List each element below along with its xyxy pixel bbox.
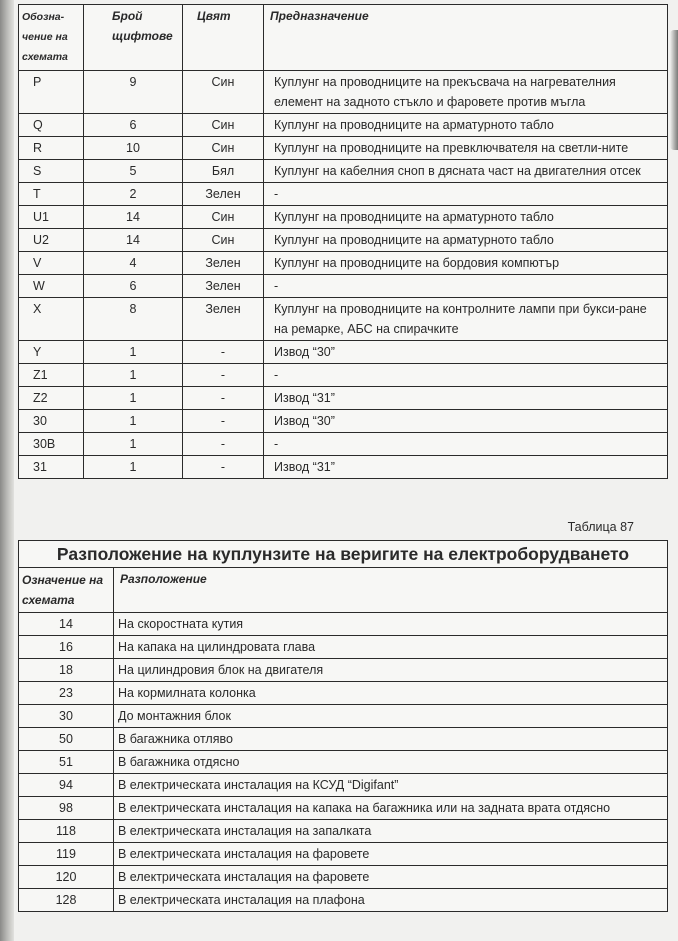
cell-color: Зелен xyxy=(183,275,264,298)
cell-location: В електрическата инсталация на фаровете xyxy=(114,843,668,866)
table-row: P9СинКуплунг на проводниците на прекъсва… xyxy=(19,71,668,114)
cell-designation: Q xyxy=(19,114,84,137)
cell-location: На цилиндровия блок на двигателя xyxy=(114,659,668,682)
header-line: Означение на xyxy=(22,570,110,590)
cell-pins: 1 xyxy=(84,410,183,433)
cell-pins: 9 xyxy=(84,71,183,114)
table-row: 301-Извод “30” xyxy=(19,410,668,433)
cell-designation: 98 xyxy=(19,797,114,820)
table-row: 51В багажника отдясно xyxy=(19,751,668,774)
cell-pins: 5 xyxy=(84,160,183,183)
cell-designation: V xyxy=(19,252,84,275)
table-row: Y1-Извод “30” xyxy=(19,341,668,364)
cell-color: - xyxy=(183,456,264,479)
cell-designation: Z2 xyxy=(19,387,84,410)
cell-purpose: Куплунг на проводниците на превключвател… xyxy=(264,137,668,160)
cell-purpose: Куплунг на проводниците на арматурното т… xyxy=(264,206,668,229)
cell-location: До монтажния блок xyxy=(114,705,668,728)
table-row: U214СинКуплунг на проводниците на армату… xyxy=(19,229,668,252)
cell-pins: 6 xyxy=(84,275,183,298)
table-row: Z21-Извод “31” xyxy=(19,387,668,410)
cell-pins: 6 xyxy=(84,114,183,137)
table-row: T2Зелен- xyxy=(19,183,668,206)
cell-designation: Y xyxy=(19,341,84,364)
cell-color: Син xyxy=(183,206,264,229)
cell-location: В електрическата инсталация на КСУД “Dig… xyxy=(114,774,668,797)
table-caption: Таблица 87 xyxy=(568,520,634,534)
cell-location: В електрическата инсталация на фаровете xyxy=(114,866,668,889)
cell-color: Зелен xyxy=(183,252,264,275)
header-location: Разположение xyxy=(114,568,668,613)
cell-purpose: Извод “30” xyxy=(264,410,668,433)
cell-purpose: Куплунг на кабелния сноп в дясната част … xyxy=(264,160,668,183)
cell-color: - xyxy=(183,341,264,364)
table-row: 94В електрическата инсталация на КСУД “D… xyxy=(19,774,668,797)
header-line: схемата xyxy=(22,590,110,610)
cell-pins: 14 xyxy=(84,206,183,229)
connector-locations-table: Разположение на куплунзите на веригите н… xyxy=(18,540,668,912)
header-line: чение на xyxy=(22,27,80,47)
table-row: X8ЗеленКуплунг на проводниците на контро… xyxy=(19,298,668,341)
table-row: 30До монтажния блок xyxy=(19,705,668,728)
cell-pins: 1 xyxy=(84,364,183,387)
header-color: Цвят xyxy=(183,5,264,71)
table-row: 16На капака на цилиндровата глава xyxy=(19,636,668,659)
table-row: 50В багажника отляво xyxy=(19,728,668,751)
cell-designation: 30 xyxy=(19,705,114,728)
header-line: Обозна- xyxy=(22,7,80,27)
cell-pins: 1 xyxy=(84,387,183,410)
cell-pins: 2 xyxy=(84,183,183,206)
cell-location: В електрическата инсталация на запалката xyxy=(114,820,668,843)
cell-color: - xyxy=(183,364,264,387)
cell-purpose: - xyxy=(264,183,668,206)
cell-location: В багажника отдясно xyxy=(114,751,668,774)
cell-purpose: - xyxy=(264,433,668,456)
cell-designation: 30B xyxy=(19,433,84,456)
header-line: Брой xyxy=(112,6,176,26)
cell-designation: 30 xyxy=(19,410,84,433)
cell-designation: X xyxy=(19,298,84,341)
table-row: 23На кормилната колонка xyxy=(19,682,668,705)
cell-designation: U2 xyxy=(19,229,84,252)
cell-color: Син xyxy=(183,71,264,114)
cell-purpose: Извод “30” xyxy=(264,341,668,364)
header-pins: Брой щифтове xyxy=(84,5,183,71)
table-header-row: Обозна- чение на схемата Брой щифтове Цв… xyxy=(19,5,668,71)
cell-location: В багажника отляво xyxy=(114,728,668,751)
cell-color: Син xyxy=(183,114,264,137)
table-row: Q6СинКуплунг на проводниците на арматурн… xyxy=(19,114,668,137)
header-designation: Обозна- чение на схемата xyxy=(19,5,84,71)
table-row: R10СинКуплунг на проводниците на превклю… xyxy=(19,137,668,160)
table-row: 311-Извод “31” xyxy=(19,456,668,479)
cell-designation: 119 xyxy=(19,843,114,866)
cell-designation: 16 xyxy=(19,636,114,659)
table-title: Разположение на куплунзите на веригите н… xyxy=(19,541,668,568)
table-row: S5БялКуплунг на кабелния сноп в дясната … xyxy=(19,160,668,183)
cell-location: На капака на цилиндровата глава xyxy=(114,636,668,659)
cell-designation: R xyxy=(19,137,84,160)
cell-purpose: Извод “31” xyxy=(264,456,668,479)
cell-color: Зелен xyxy=(183,298,264,341)
cell-designation: S xyxy=(19,160,84,183)
header-line: Предназначение xyxy=(270,6,661,26)
table-body: 14На скоростната кутия16На капака на цил… xyxy=(19,613,668,912)
cell-purpose: Куплунг на проводниците на арматурното т… xyxy=(264,114,668,137)
cell-location: В електрическата инсталация на плафона xyxy=(114,889,668,912)
cell-designation: T xyxy=(19,183,84,206)
cell-designation: 51 xyxy=(19,751,114,774)
table-header-row: Означение на схемата Разположение xyxy=(19,568,668,613)
header-purpose: Предназначение xyxy=(264,5,668,71)
cell-designation: 118 xyxy=(19,820,114,843)
cell-designation: 23 xyxy=(19,682,114,705)
cell-color: Бял xyxy=(183,160,264,183)
cell-designation: 14 xyxy=(19,613,114,636)
cell-pins: 10 xyxy=(84,137,183,160)
table-row: 30B1-- xyxy=(19,433,668,456)
table-row: 14На скоростната кутия xyxy=(19,613,668,636)
table-row: 128В електрическата инсталация на плафон… xyxy=(19,889,668,912)
cell-pins: 4 xyxy=(84,252,183,275)
cell-designation: U1 xyxy=(19,206,84,229)
table-row: Z11-- xyxy=(19,364,668,387)
cell-purpose: Куплунг на проводниците на прекъсвача на… xyxy=(264,71,668,114)
cell-designation: W xyxy=(19,275,84,298)
table-row: 119В електрическата инсталация на фарове… xyxy=(19,843,668,866)
cell-color: Син xyxy=(183,229,264,252)
table-row: 118В електрическата инсталация на запалк… xyxy=(19,820,668,843)
table-row: U114СинКуплунг на проводниците на армату… xyxy=(19,206,668,229)
table-row: 120В електрическата инсталация на фарове… xyxy=(19,866,668,889)
cell-color: Зелен xyxy=(183,183,264,206)
page-edge-shadow xyxy=(670,30,678,150)
cell-designation: 120 xyxy=(19,866,114,889)
cell-designation: P xyxy=(19,71,84,114)
cell-color: - xyxy=(183,410,264,433)
cell-designation: Z1 xyxy=(19,364,84,387)
header-designation: Означение на схемата xyxy=(19,568,114,613)
cell-location: На скоростната кутия xyxy=(114,613,668,636)
cell-pins: 1 xyxy=(84,341,183,364)
cell-purpose: - xyxy=(264,275,668,298)
table-row: V4ЗеленКуплунг на проводниците на бордов… xyxy=(19,252,668,275)
header-line: схемата xyxy=(22,47,80,67)
book-spine-shadow xyxy=(0,0,14,941)
table-row: W6Зелен- xyxy=(19,275,668,298)
table-row: 18На цилиндровия блок на двигателя xyxy=(19,659,668,682)
cell-location: В електрическата инсталация на капака на… xyxy=(114,797,668,820)
cell-purpose: - xyxy=(264,364,668,387)
cell-pins: 14 xyxy=(84,229,183,252)
cell-location: На кормилната колонка xyxy=(114,682,668,705)
table-row: 98В електрическата инсталация на капака … xyxy=(19,797,668,820)
header-line: Разположение xyxy=(120,569,661,589)
cell-color: - xyxy=(183,433,264,456)
cell-designation: 50 xyxy=(19,728,114,751)
cell-pins: 1 xyxy=(84,456,183,479)
cell-designation: 31 xyxy=(19,456,84,479)
cell-designation: 18 xyxy=(19,659,114,682)
table-body: P9СинКуплунг на проводниците на прекъсва… xyxy=(19,71,668,479)
cell-pins: 8 xyxy=(84,298,183,341)
header-line: щифтове xyxy=(112,26,176,46)
cell-purpose: Куплунг на проводниците на бордовия комп… xyxy=(264,252,668,275)
cell-color: Син xyxy=(183,137,264,160)
cell-purpose: Извод “31” xyxy=(264,387,668,410)
header-line: Цвят xyxy=(197,6,257,26)
cell-pins: 1 xyxy=(84,433,183,456)
cell-purpose: Куплунг на проводниците на арматурното т… xyxy=(264,229,668,252)
cell-color: - xyxy=(183,387,264,410)
table-title-row: Разположение на куплунзите на веригите н… xyxy=(19,541,668,568)
cell-designation: 128 xyxy=(19,889,114,912)
cell-designation: 94 xyxy=(19,774,114,797)
connector-pins-table: Обозна- чение на схемата Брой щифтове Цв… xyxy=(18,4,668,479)
cell-purpose: Куплунг на проводниците на контролните л… xyxy=(264,298,668,341)
